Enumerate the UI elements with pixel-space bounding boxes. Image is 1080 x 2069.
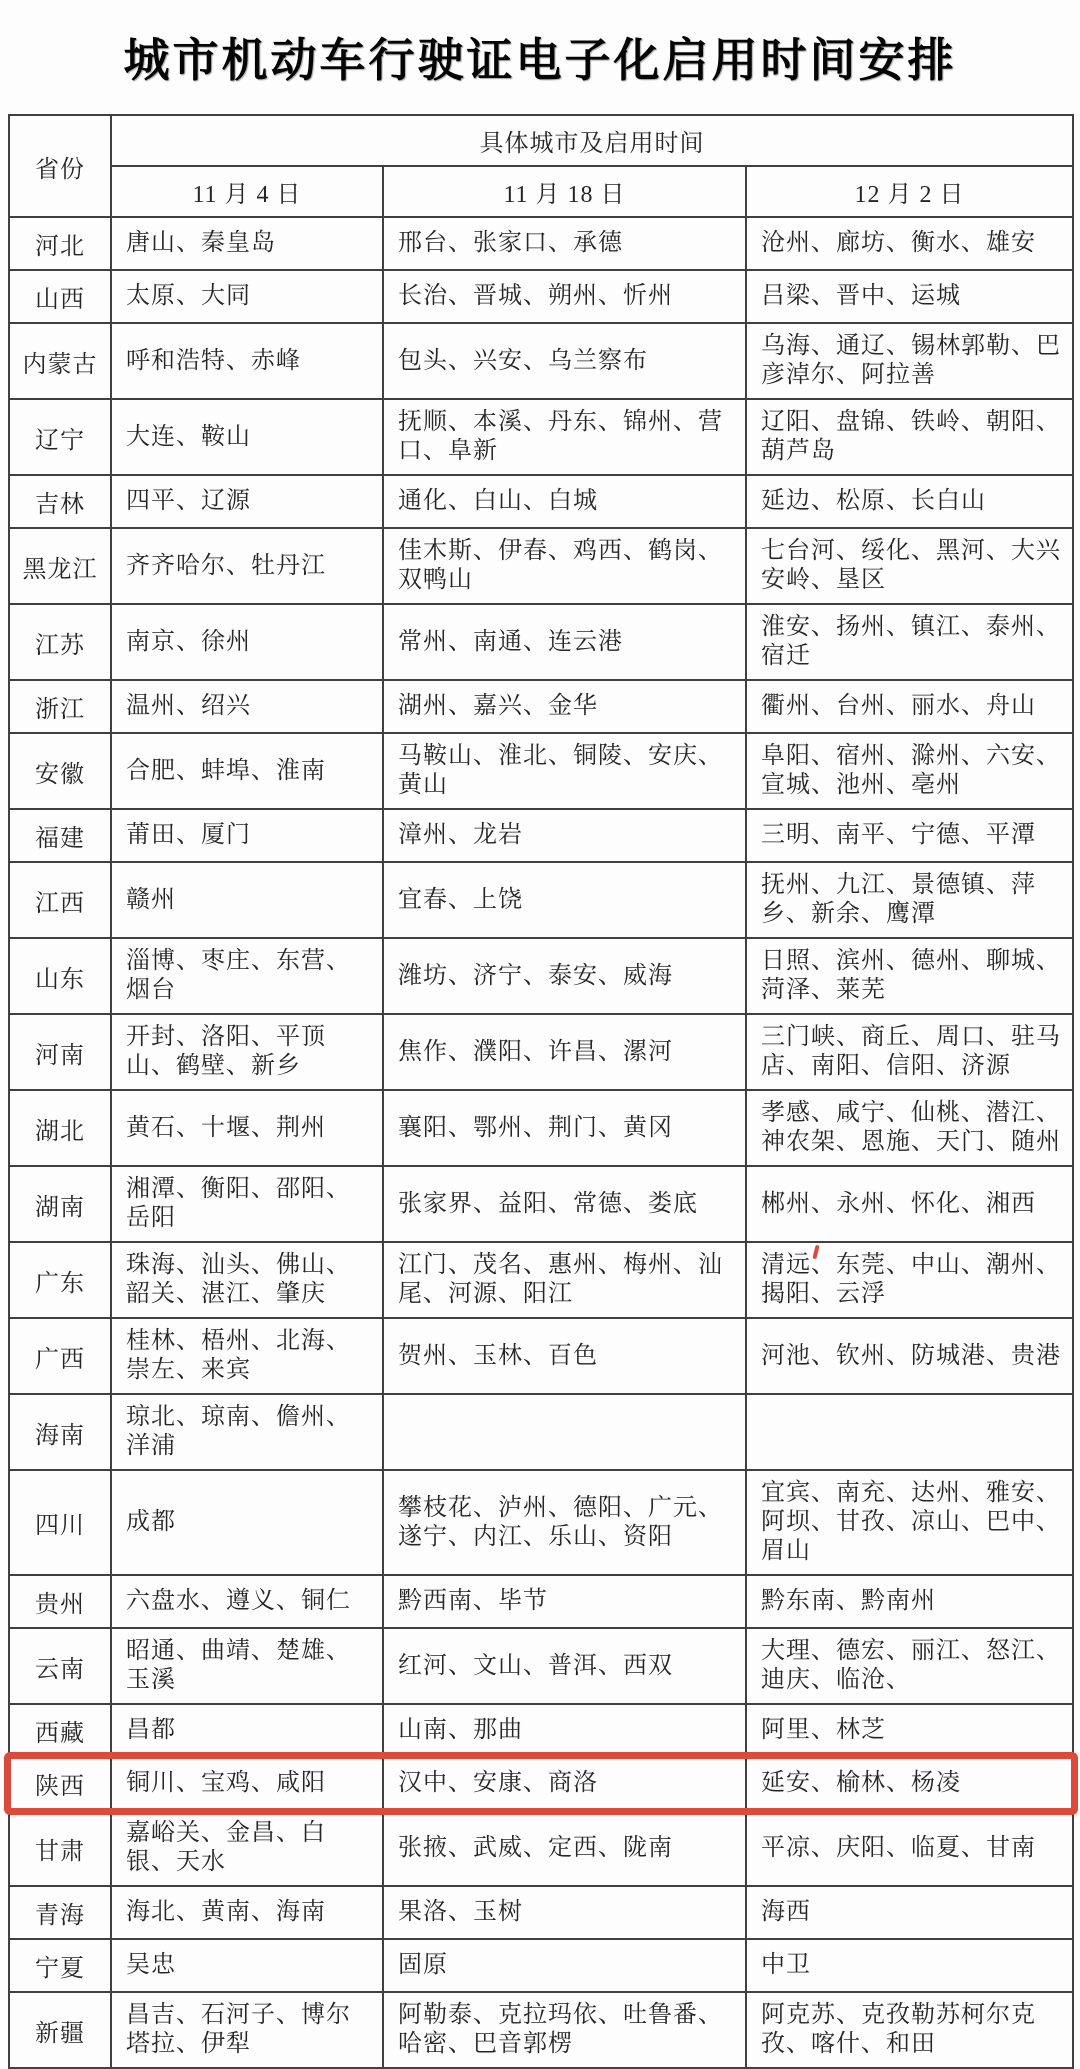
province-cell: 吉林 — [9, 475, 111, 528]
cities-nov18-cell: 宜春、上饶 — [383, 862, 746, 938]
table-row: 福建 莆田、厦门 漳州、龙岩 三明、南平、宁德、平潭 — [9, 809, 1073, 862]
cities-nov4-cell: 琼北、琼南、儋州、洋浦 — [111, 1394, 383, 1470]
table-header: 省份 具体城市及启用时间 11 月 4 日 11 月 18 日 12 月 2 日 — [9, 115, 1073, 217]
table-row: 海南 琼北、琼南、儋州、洋浦 — [9, 1394, 1073, 1470]
header-group-title: 具体城市及启用时间 — [111, 115, 1073, 166]
table-row: 新疆 昌吉、石河子、博尔塔拉、伊犁 阿勒泰、克拉玛依、吐鲁番、哈密、巴音郭楞 阿… — [9, 1992, 1073, 2068]
cities-dec2-cell: 淮安、扬州、镇江、泰州、宿迁 — [746, 604, 1073, 680]
cities-nov4-cell: 莆田、厦门 — [111, 809, 383, 862]
cities-nov18-cell: 山南、那曲 — [383, 1704, 746, 1757]
red-annotation-mark — [812, 1245, 819, 1260]
cities-nov4-cell: 嘉峪关、金昌、白银、天水 — [111, 1810, 383, 1886]
cities-dec2-cell: 七台河、绥化、黑河、大兴安岭、垦区 — [746, 528, 1073, 604]
province-cell: 河北 — [9, 217, 111, 270]
cities-nov18-cell: 焦作、濮阳、许昌、漯河 — [383, 1014, 746, 1090]
cities-nov4-cell: 齐齐哈尔、牡丹江 — [111, 528, 383, 604]
table-row: 陕西 铜川、宝鸡、咸阳 汉中、安康、商洛 延安、榆林、杨凌 — [9, 1757, 1073, 1810]
cities-nov18-cell: 常州、南通、连云港 — [383, 604, 746, 680]
cities-nov18-cell: 漳州、龙岩 — [383, 809, 746, 862]
cities-dec2-cell: 清远、东莞、中山、潮州、揭阳、云浮 — [746, 1242, 1073, 1318]
province-cell: 甘肃 — [9, 1810, 111, 1886]
cities-dec2-cell: 平凉、庆阳、临夏、甘南 — [746, 1810, 1073, 1886]
cities-dec2-cell: 阿克苏、克孜勒苏柯尔克孜、喀什、和田 — [746, 1992, 1073, 2068]
cities-nov4-cell: 南京、徐州 — [111, 604, 383, 680]
table-row: 江西 赣州 宜春、上饶 抚州、九江、景德镇、萍乡、新余、鹰潭 — [9, 862, 1073, 938]
page-title: 城市机动车行驶证电子化启用时间安排 — [0, 0, 1080, 90]
cities-nov4-cell: 昌都 — [111, 1704, 383, 1757]
table-row: 黑龙江 齐齐哈尔、牡丹江 佳木斯、伊春、鸡西、鹤岗、双鸭山 七台河、绥化、黑河、… — [9, 528, 1073, 604]
cities-dec2-cell — [746, 1394, 1073, 1470]
cities-nov18-cell: 阿勒泰、克拉玛依、吐鲁番、哈密、巴音郭楞 — [383, 1992, 746, 2068]
province-cell: 内蒙古 — [9, 323, 111, 399]
cities-nov18-cell: 抚顺、本溪、丹东、锦州、营口、阜新 — [383, 399, 746, 475]
province-cell: 安徽 — [9, 733, 111, 809]
cities-nov4-cell: 四平、辽源 — [111, 475, 383, 528]
cities-dec2-cell: 宜宾、南充、达州、雅安、阿坝、甘孜、凉山、巴中、眉山 — [746, 1470, 1073, 1575]
cities-dec2-cell: 阜阳、宿州、滁州、六安、宣城、池州、亳州 — [746, 733, 1073, 809]
province-cell: 西藏 — [9, 1704, 111, 1757]
cities-dec2-cell: 衢州、台州、丽水、舟山 — [746, 680, 1073, 733]
province-cell: 广西 — [9, 1318, 111, 1394]
cities-nov4-cell: 昭通、曲靖、楚雄、玉溪 — [111, 1628, 383, 1704]
cities-nov18-cell: 湖州、嘉兴、金华 — [383, 680, 746, 733]
cities-dec2-cell: 日照、滨州、德州、聊城、菏泽、莱芜 — [746, 938, 1073, 1014]
cities-nov4-cell: 黄石、十堰、荆州 — [111, 1090, 383, 1166]
cities-nov18-cell: 果洛、玉树 — [383, 1886, 746, 1939]
cities-nov4-cell: 太原、大同 — [111, 270, 383, 323]
cities-nov4-cell: 吴忠 — [111, 1939, 383, 1992]
header-row-group: 省份 具体城市及启用时间 — [9, 115, 1073, 166]
cities-dec2-cell: 辽阳、盘锦、铁岭、朝阳、葫芦岛 — [746, 399, 1073, 475]
cities-dec2-cell: 沧州、廊坊、衡水、雄安 — [746, 217, 1073, 270]
header-province: 省份 — [9, 115, 111, 217]
cities-nov18-cell: 潍坊、济宁、泰安、威海 — [383, 938, 746, 1014]
cities-dec2-cell: 三明、南平、宁德、平潭 — [746, 809, 1073, 862]
province-cell: 福建 — [9, 809, 111, 862]
cities-nov18-cell: 包头、兴安、乌兰察布 — [383, 323, 746, 399]
province-cell: 湖南 — [9, 1166, 111, 1242]
cities-nov4-cell: 珠海、汕头、佛山、韶关、湛江、肇庆 — [111, 1242, 383, 1318]
cities-nov4-cell: 六盘水、遵义、铜仁 — [111, 1575, 383, 1628]
province-cell: 宁夏 — [9, 1939, 111, 1992]
table-row: 山东 淄博、枣庄、东营、烟台 潍坊、济宁、泰安、威海 日照、滨州、德州、聊城、菏… — [9, 938, 1073, 1014]
table-row: 安徽 合肥、蚌埠、淮南 马鞍山、淮北、铜陵、安庆、黄山 阜阳、宿州、滁州、六安、… — [9, 733, 1073, 809]
table-row: 云南 昭通、曲靖、楚雄、玉溪 红河、文山、普洱、西双 大理、德宏、丽江、怒江、迪… — [9, 1628, 1073, 1704]
cities-dec2-cell: 吕梁、晋中、运城 — [746, 270, 1073, 323]
cities-dec2-cell: 中卫 — [746, 1939, 1073, 1992]
cities-nov18-cell: 黔西南、毕节 — [383, 1575, 746, 1628]
cities-dec2-cell: 乌海、通辽、锡林郭勒、巴彦淖尔、阿拉善 — [746, 323, 1073, 399]
cities-nov4-cell: 成都 — [111, 1470, 383, 1575]
cities-nov4-cell: 桂林、梧州、北海、崇左、来宾 — [111, 1318, 383, 1394]
table-row: 吉林 四平、辽源 通化、白山、白城 延边、松原、长白山 — [9, 475, 1073, 528]
cities-nov18-cell: 江门、茂名、惠州、梅州、汕尾、河源、阳江 — [383, 1242, 746, 1318]
province-cell: 辽宁 — [9, 399, 111, 475]
table-row: 青海 海北、黄南、海南 果洛、玉树 海西 — [9, 1886, 1073, 1939]
table-row: 甘肃 嘉峪关、金昌、白银、天水 张掖、武威、定西、陇南 平凉、庆阳、临夏、甘南 — [9, 1810, 1073, 1886]
province-cell: 湖北 — [9, 1090, 111, 1166]
cities-dec2-cell: 郴州、永州、怀化、湘西 — [746, 1166, 1073, 1242]
cities-nov4-cell: 淄博、枣庄、东营、烟台 — [111, 938, 383, 1014]
table-row: 广西 桂林、梧州、北海、崇左、来宾 贺州、玉林、百色 河池、钦州、防城港、贵港 — [9, 1318, 1073, 1394]
schedule-table: 省份 具体城市及启用时间 11 月 4 日 11 月 18 日 12 月 2 日… — [8, 114, 1074, 2069]
cities-nov4-cell: 湘潭、衡阳、邵阳、岳阳 — [111, 1166, 383, 1242]
table-row: 湖南 湘潭、衡阳、邵阳、岳阳 张家界、益阳、常德、娄底 郴州、永州、怀化、湘西 — [9, 1166, 1073, 1242]
cities-nov4-cell: 开封、洛阳、平顶山、鹤壁、新乡 — [111, 1014, 383, 1090]
cities-dec2-cell: 大理、德宏、丽江、怒江、迪庆、临沧、 — [746, 1628, 1073, 1704]
province-cell: 江西 — [9, 862, 111, 938]
province-cell: 河南 — [9, 1014, 111, 1090]
cities-nov18-cell: 汉中、安康、商洛 — [383, 1757, 746, 1810]
cities-nov4-cell: 大连、鞍山 — [111, 399, 383, 475]
cities-nov4-cell: 铜川、宝鸡、咸阳 — [111, 1757, 383, 1810]
cities-dec2-cell: 阿里、林芝 — [746, 1704, 1073, 1757]
cities-nov18-cell: 贺州、玉林、百色 — [383, 1318, 746, 1394]
province-cell: 青海 — [9, 1886, 111, 1939]
cities-nov4-cell: 温州、绍兴 — [111, 680, 383, 733]
cities-nov18-cell: 通化、白山、白城 — [383, 475, 746, 528]
cities-dec2-cell: 黔东南、黔南州 — [746, 1575, 1073, 1628]
province-cell: 广东 — [9, 1242, 111, 1318]
table-row: 内蒙古 呼和浩特、赤峰 包头、兴安、乌兰察布 乌海、通辽、锡林郭勒、巴彦淖尔、阿… — [9, 323, 1073, 399]
cities-dec2-cell: 抚州、九江、景德镇、萍乡、新余、鹰潭 — [746, 862, 1073, 938]
cities-dec2-cell: 河池、钦州、防城港、贵港 — [746, 1318, 1073, 1394]
province-cell: 海南 — [9, 1394, 111, 1470]
cities-nov4-cell: 海北、黄南、海南 — [111, 1886, 383, 1939]
cities-nov4-cell: 合肥、蚌埠、淮南 — [111, 733, 383, 809]
cities-nov4-cell: 唐山、秦皇岛 — [111, 217, 383, 270]
cities-nov4-cell: 呼和浩特、赤峰 — [111, 323, 383, 399]
cities-dec2-cell: 三门峡、商丘、周口、驻马店、南阳、信阳、济源 — [746, 1014, 1073, 1090]
table-row: 河北 唐山、秦皇岛 邢台、张家口、承德 沧州、廊坊、衡水、雄安 — [9, 217, 1073, 270]
cities-nov18-cell: 长治、晋城、朔州、忻州 — [383, 270, 746, 323]
cities-nov18-cell — [383, 1394, 746, 1470]
province-cell: 新疆 — [9, 1992, 111, 2068]
cities-nov18-cell: 固原 — [383, 1939, 746, 1992]
header-date-nov18: 11 月 18 日 — [383, 166, 746, 217]
province-cell: 四川 — [9, 1470, 111, 1575]
table-row: 西藏 昌都 山南、那曲 阿里、林芝 — [9, 1704, 1073, 1757]
cities-nov18-cell: 邢台、张家口、承德 — [383, 217, 746, 270]
province-cell: 陕西 — [9, 1757, 111, 1810]
cities-dec2-cell: 海西 — [746, 1886, 1073, 1939]
cities-nov4-cell: 昌吉、石河子、博尔塔拉、伊犁 — [111, 1992, 383, 2068]
header-date-dec2: 12 月 2 日 — [746, 166, 1073, 217]
province-cell: 江苏 — [9, 604, 111, 680]
cities-nov18-cell: 佳木斯、伊春、鸡西、鹤岗、双鸭山 — [383, 528, 746, 604]
province-cell: 浙江 — [9, 680, 111, 733]
table-row: 四川 成都 攀枝花、泸州、德阳、广元、遂宁、内江、乐山、资阳 宜宾、南充、达州、… — [9, 1470, 1073, 1575]
table-row: 辽宁 大连、鞍山 抚顺、本溪、丹东、锦州、营口、阜新 辽阳、盘锦、铁岭、朝阳、葫… — [9, 399, 1073, 475]
province-cell: 云南 — [9, 1628, 111, 1704]
table-row: 贵州 六盘水、遵义、铜仁 黔西南、毕节 黔东南、黔南州 — [9, 1575, 1073, 1628]
header-date-nov4: 11 月 4 日 — [111, 166, 383, 217]
province-cell: 黑龙江 — [9, 528, 111, 604]
cities-nov4-cell: 赣州 — [111, 862, 383, 938]
cities-dec2-cell: 孝感、咸宁、仙桃、潜江、神农架、恩施、天门、随州 — [746, 1090, 1073, 1166]
cities-nov18-cell: 张掖、武威、定西、陇南 — [383, 1810, 746, 1886]
cities-dec2-cell: 延边、松原、长白山 — [746, 475, 1073, 528]
table-body: 河北 唐山、秦皇岛 邢台、张家口、承德 沧州、廊坊、衡水、雄安 山西 太原、大同… — [9, 217, 1073, 2068]
cities-nov18-cell: 攀枝花、泸州、德阳、广元、遂宁、内江、乐山、资阳 — [383, 1470, 746, 1575]
table-row: 江苏 南京、徐州 常州、南通、连云港 淮安、扬州、镇江、泰州、宿迁 — [9, 604, 1073, 680]
cities-nov18-cell: 红河、文山、普洱、西双 — [383, 1628, 746, 1704]
province-cell: 山西 — [9, 270, 111, 323]
province-cell: 山东 — [9, 938, 111, 1014]
cities-nov18-cell: 张家界、益阳、常德、娄底 — [383, 1166, 746, 1242]
table-row: 河南 开封、洛阳、平顶山、鹤壁、新乡 焦作、濮阳、许昌、漯河 三门峡、商丘、周口… — [9, 1014, 1073, 1090]
cities-dec2-cell: 延安、榆林、杨凌 — [746, 1757, 1073, 1810]
province-cell: 贵州 — [9, 1575, 111, 1628]
table-row: 广东 珠海、汕头、佛山、韶关、湛江、肇庆 江门、茂名、惠州、梅州、汕尾、河源、阳… — [9, 1242, 1073, 1318]
cities-nov18-cell: 马鞍山、淮北、铜陵、安庆、黄山 — [383, 733, 746, 809]
table-row: 湖北 黄石、十堰、荆州 襄阳、鄂州、荆门、黄冈 孝感、咸宁、仙桃、潜江、神农架、… — [9, 1090, 1073, 1166]
table-row: 浙江 温州、绍兴 湖州、嘉兴、金华 衢州、台州、丽水、舟山 — [9, 680, 1073, 733]
cities-nov18-cell: 襄阳、鄂州、荆门、黄冈 — [383, 1090, 746, 1166]
header-row-dates: 11 月 4 日 11 月 18 日 12 月 2 日 — [9, 166, 1073, 217]
table-row: 山西 太原、大同 长治、晋城、朔州、忻州 吕梁、晋中、运城 — [9, 270, 1073, 323]
table-row: 宁夏 吴忠 固原 中卫 — [9, 1939, 1073, 1992]
